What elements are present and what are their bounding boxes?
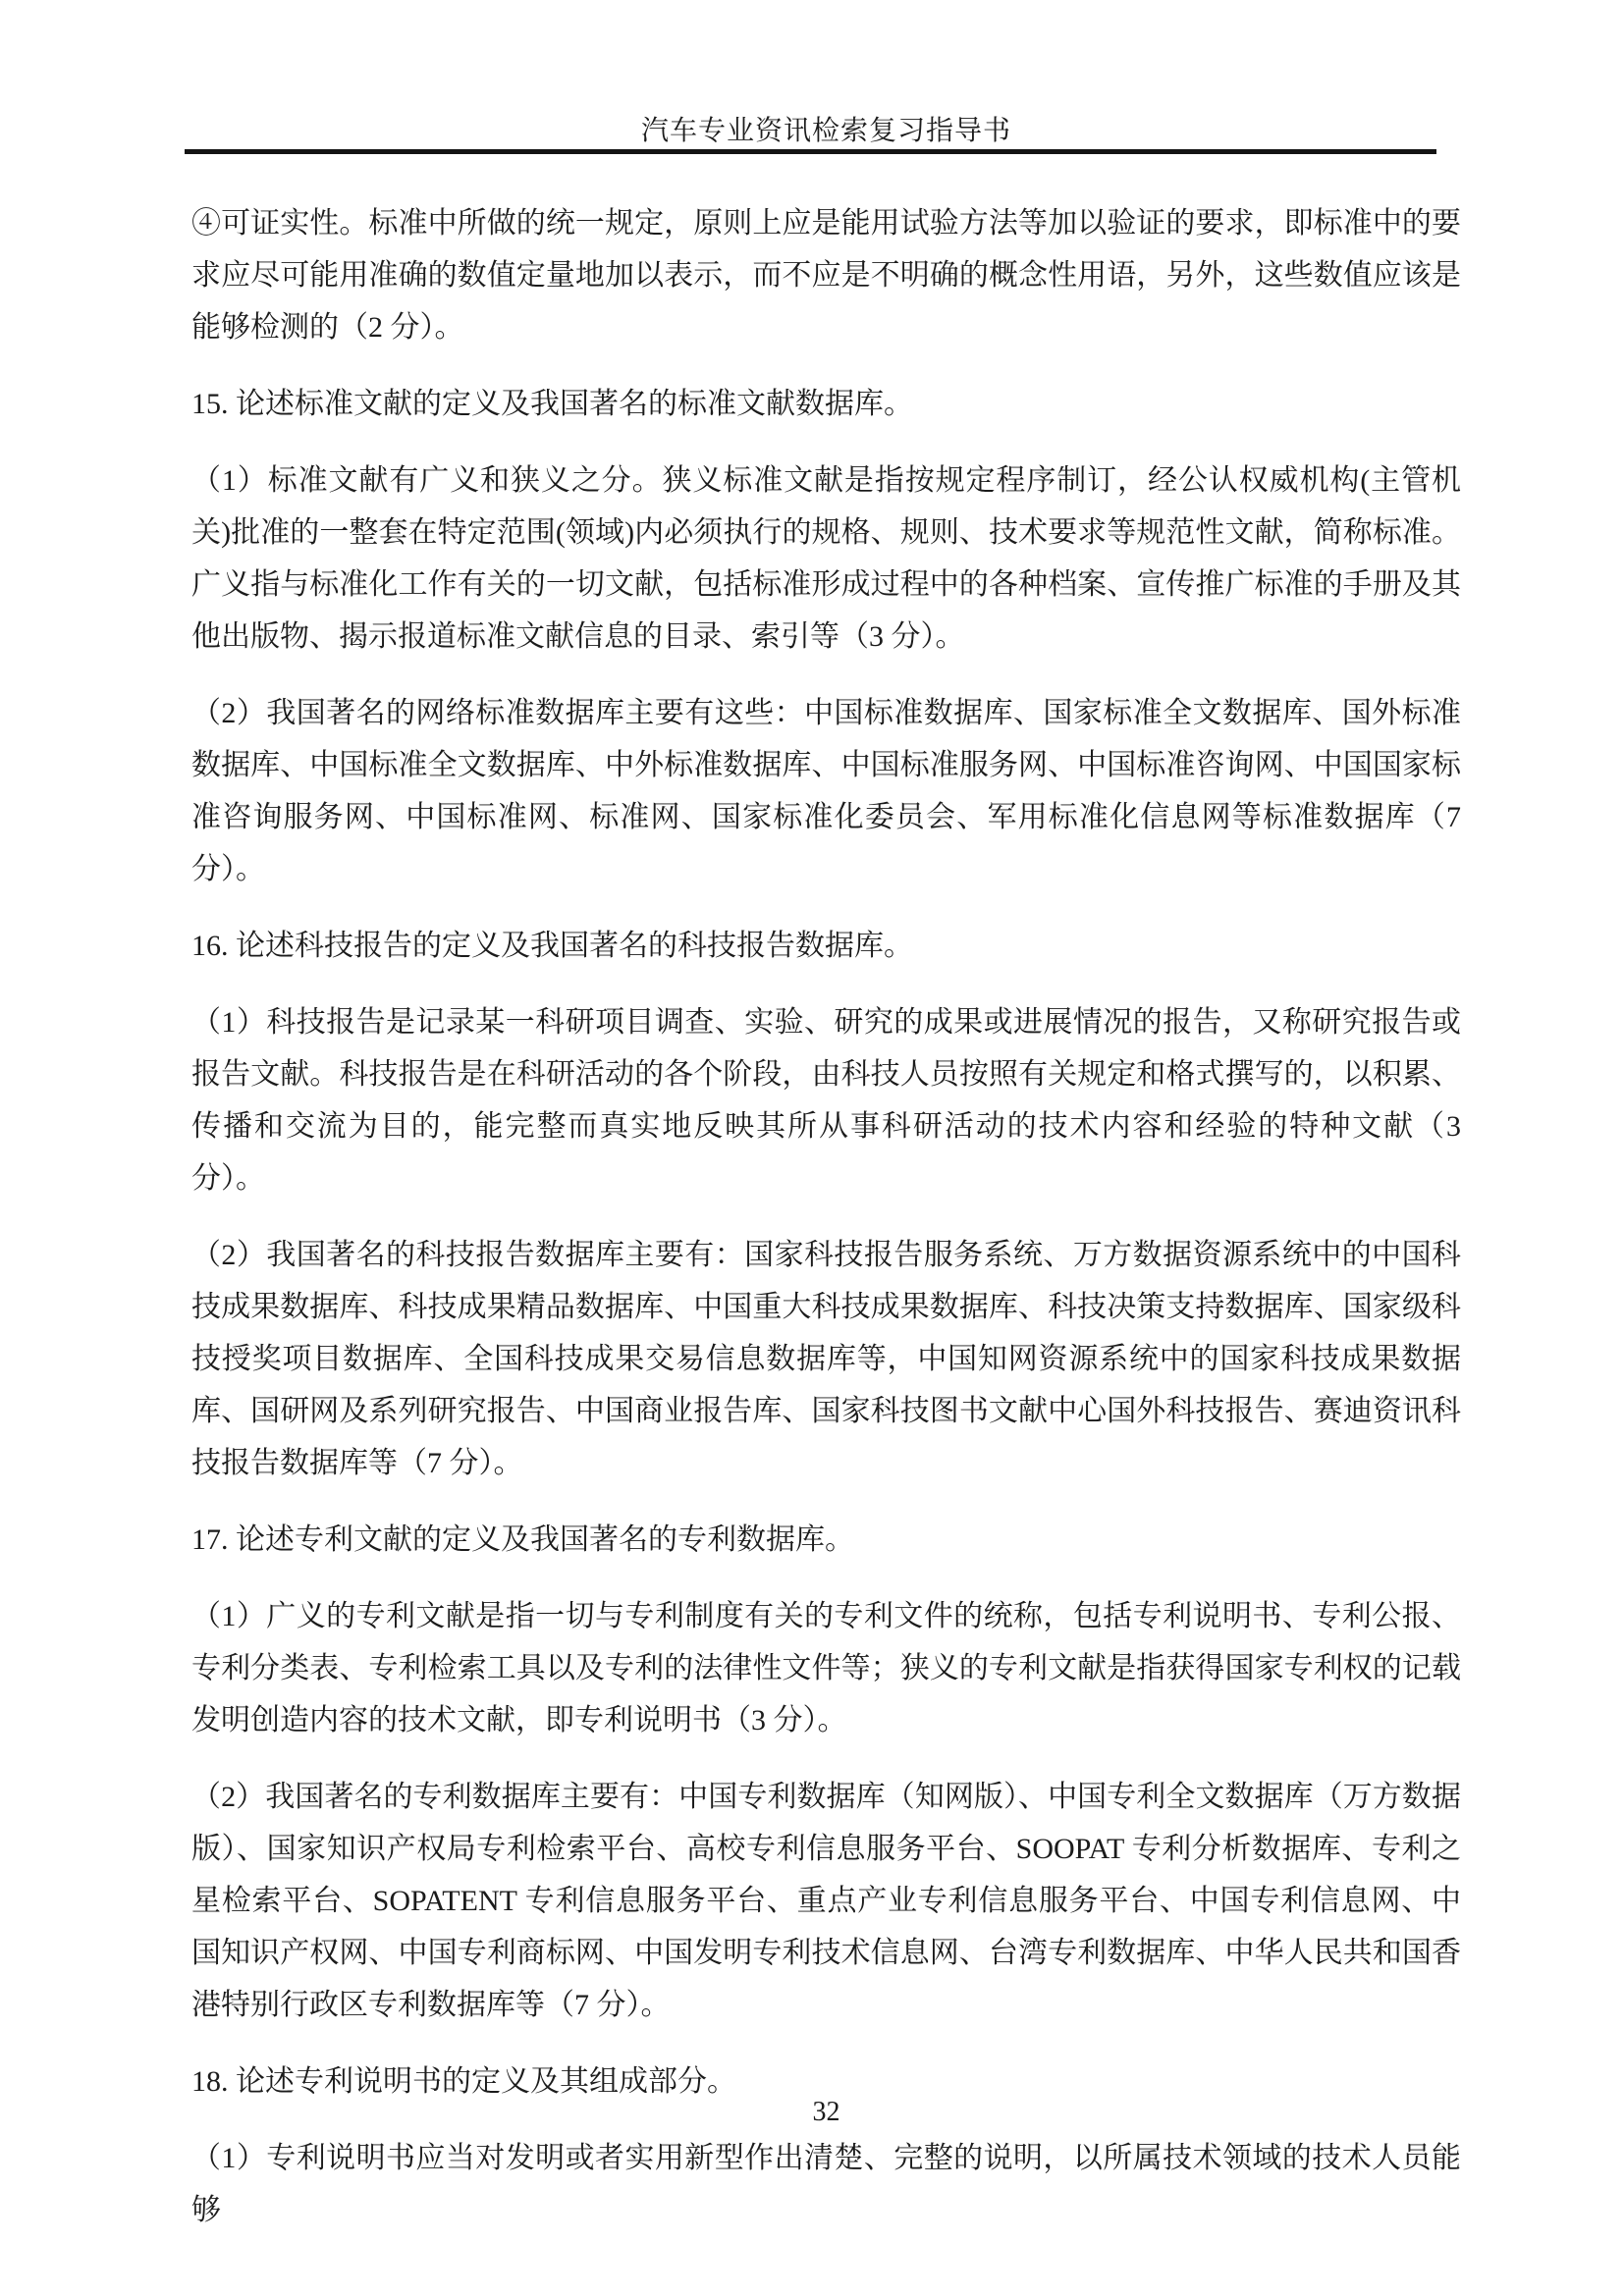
page-number: 32 <box>813 2097 840 2127</box>
question-15-heading: 15. 论述标准文献的定义及我国著名的标准文献数据库。 <box>191 378 1461 430</box>
answer-18-part-1: （1）专利说明书应当对发明或者实用新型作出清楚、完整的说明，以所属技术领域的技术… <box>191 2132 1461 2236</box>
answer-15-part-1: （1）标准文献有广义和狭义之分。狭义标准文献是指按规定程序制订，经公认权威机构(… <box>191 454 1461 663</box>
answer-16-part-1: （1）科技报告是记录某一科研项目调查、实验、研究的成果或进展情况的报告，又称研究… <box>191 996 1461 1204</box>
document-body: ④可证实性。标准中所做的统一规定，原则上应是能用试验方法等加以验证的要求，即标准… <box>191 197 1461 2261</box>
answer-17-part-1: （1）广义的专利文献是指一切与专利制度有关的专利文件的统称，包括专利说明书、专利… <box>191 1590 1461 1746</box>
answer-17-part-2: （2）我国著名的专利数据库主要有：中国专利数据库（知网版）、中国专利全文数据库（… <box>191 1771 1461 2031</box>
document-page: 汽车专业资讯检索复习指导书 ④可证实性。标准中所做的统一规定，原则上应是能用试验… <box>0 0 1624 2296</box>
question-17-heading: 17. 论述专利文献的定义及我国著名的专利数据库。 <box>191 1514 1461 1566</box>
question-16-heading: 16. 论述科技报告的定义及我国著名的科技报告数据库。 <box>191 920 1461 972</box>
header-title: 汽车专业资讯检索复习指导书 <box>191 116 1461 147</box>
answer-point-14-4: ④可证实性。标准中所做的统一规定，原则上应是能用试验方法等加以验证的要求，即标准… <box>191 197 1461 353</box>
answer-15-part-2: （2）我国著名的网络标准数据库主要有这些：中国标准数据库、国家标准全文数据库、国… <box>191 687 1461 895</box>
header-rule <box>185 149 1436 154</box>
page-footer: 32 <box>191 2097 1461 2128</box>
answer-16-part-2: （2）我国著名的科技报告数据库主要有：国家科技报告服务系统、万方数据资源系统中的… <box>191 1229 1461 1489</box>
